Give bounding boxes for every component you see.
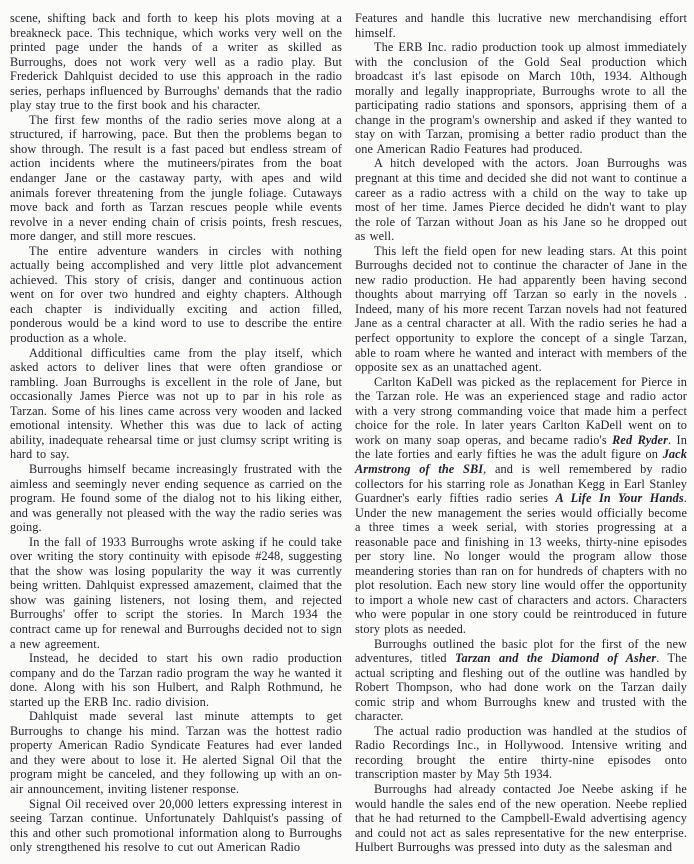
paragraph: Dahlquist made several last minute attem… (10, 709, 342, 796)
paragraph: In the fall of 1933 Burroughs wrote aski… (10, 535, 342, 651)
text-segment: scene, shifting back and forth to keep h… (10, 11, 342, 112)
emphasized-title: Red Ryder (612, 433, 668, 447)
text-segment: The ERB Inc. radio production took up al… (355, 40, 687, 156)
paragraph: Burroughs outlined the basic plot for th… (355, 637, 687, 724)
text-segment: This left the field open for new leading… (355, 244, 687, 374)
text-segment: A hitch developed with the actors. Joan … (355, 156, 687, 243)
text-segment: Features and handle this lucrative new m… (355, 11, 687, 40)
paragraph: The ERB Inc. radio production took up al… (355, 40, 687, 156)
paragraph: Burroughs himself became increasingly fr… (10, 462, 342, 535)
paragraph: Additional difficulties came from the pl… (10, 346, 342, 462)
paragraph: The actual radio production was handled … (355, 724, 687, 782)
text-segment: The entire adventure wanders in circles … (10, 244, 342, 345)
text-segment: . Under the new management the series wo… (355, 491, 687, 636)
emphasized-title: Tarzan and the Diamond of Asher (455, 651, 656, 665)
text-segment: In the fall of 1933 Burroughs wrote aski… (10, 535, 342, 651)
text-segment: Burroughs himself became increasingly fr… (10, 462, 342, 534)
paragraph: Burroughs had already contacted Joe Neeb… (355, 782, 687, 855)
text-segment: The first few months of the radio series… (10, 113, 342, 243)
paragraph: Signal Oil received over 20,000 letters … (10, 797, 342, 855)
paragraph: The entire adventure wanders in circles … (10, 244, 342, 346)
emphasized-title: A Life In Your Hands (556, 491, 684, 505)
paragraph: Carlton KaDell was picked as the replace… (355, 375, 687, 637)
paragraph: Features and handle this lucrative new m… (355, 11, 687, 40)
paragraph: Instead, he decided to start his own rad… (10, 651, 342, 709)
text-segment: Dahlquist made several last minute attem… (10, 709, 342, 796)
paragraph: The first few months of the radio series… (10, 113, 342, 244)
text-segment: Signal Oil received over 20,000 letters … (10, 797, 342, 855)
paragraph: scene, shifting back and forth to keep h… (10, 11, 342, 113)
document-page: scene, shifting back and forth to keep h… (0, 0, 694, 864)
text-column-right: Features and handle this lucrative new m… (355, 11, 687, 858)
text-segment: Instead, he decided to start his own rad… (10, 651, 342, 709)
text-segment: Additional difficulties came from the pl… (10, 346, 342, 462)
paragraph: A hitch developed with the actors. Joan … (355, 156, 687, 243)
paragraph: This left the field open for new leading… (355, 244, 687, 375)
text-segment: The actual radio production was handled … (355, 724, 687, 782)
text-segment: Burroughs had already contacted Joe Neeb… (355, 782, 687, 854)
text-column-left: scene, shifting back and forth to keep h… (10, 11, 342, 858)
